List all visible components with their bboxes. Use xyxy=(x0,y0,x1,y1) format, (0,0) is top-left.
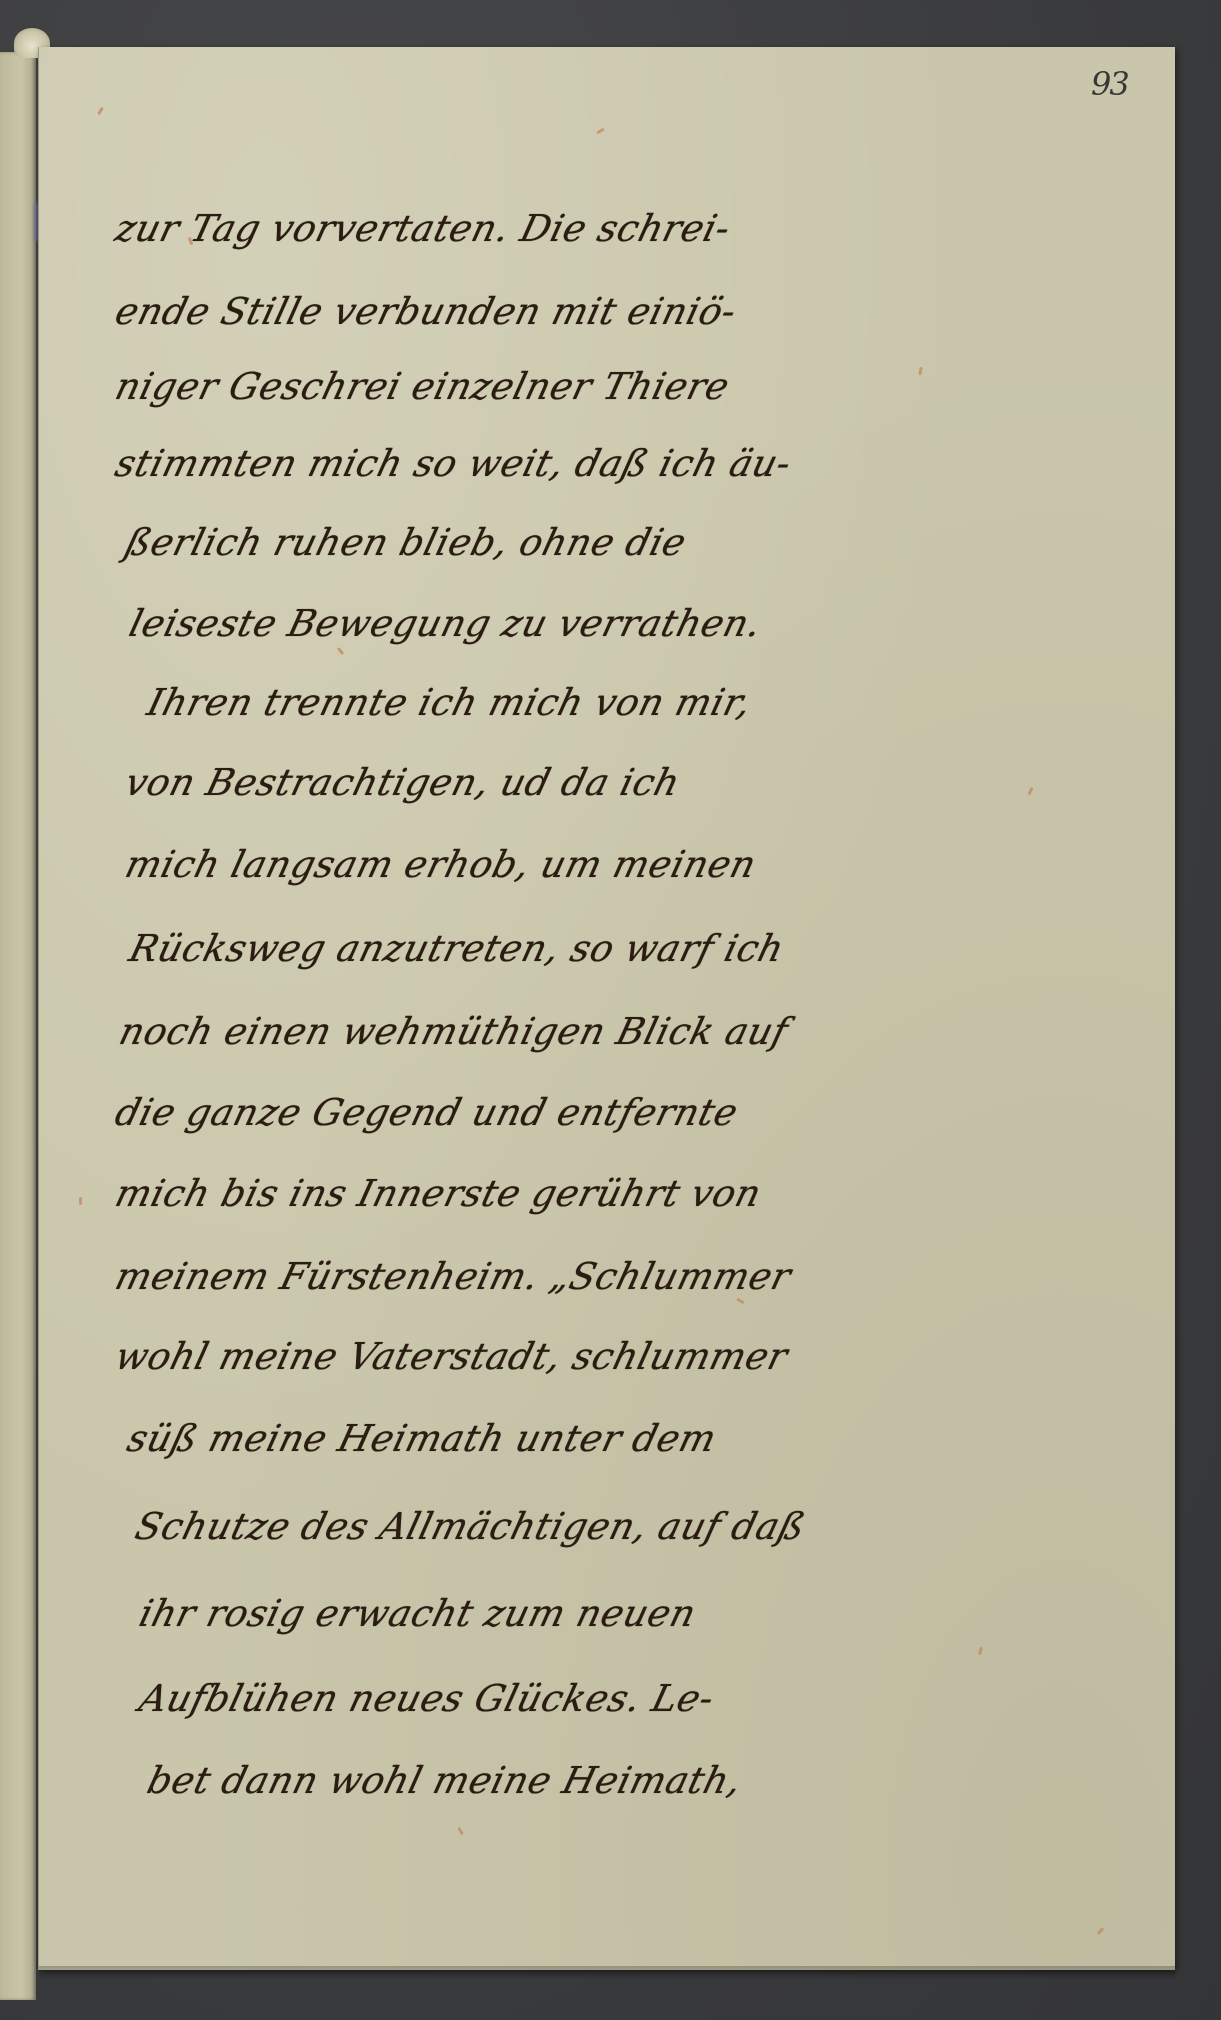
text-line: ihr rosig erwacht zum neuen xyxy=(135,1592,701,1635)
text-line: stimmten mich so weit, daß ich äu- xyxy=(111,442,796,485)
paper-fleck xyxy=(79,1197,82,1205)
paper-fleck xyxy=(978,1647,983,1656)
text-line: mich langsam erhob, um meinen xyxy=(121,843,761,886)
page-number: 93 xyxy=(1091,65,1128,103)
previous-leaf-edge xyxy=(0,52,36,2000)
manuscript-page: 93 zur Tag vorvertaten. Die schrei- ende… xyxy=(38,47,1175,1970)
paper-fleck xyxy=(97,107,104,115)
text-line: bet dann wohl meine Heimath, xyxy=(143,1759,746,1802)
text-line: wohl meine Vaterstadt, schlummer xyxy=(111,1335,792,1378)
text-line: meinem Fürstenheim. „Schlummer xyxy=(111,1255,796,1298)
text-line: zur Tag vorvertaten. Die schrei- xyxy=(111,207,735,250)
text-line: Schutze des Allmächtigen, auf daß xyxy=(131,1505,810,1548)
paper-fleck xyxy=(1097,1927,1104,1935)
text-line: Rücksweg anzutreten, so warf ich xyxy=(125,927,789,970)
text-line: süß meine Heimath unter dem xyxy=(123,1417,721,1460)
text-line: leiseste Bewegung zu verrathen. xyxy=(125,602,766,645)
paper-fleck xyxy=(918,367,922,375)
paper-fleck xyxy=(1027,787,1033,796)
text-line: ende Stille verbunden mit einiö- xyxy=(111,290,741,333)
text-line: Ihren trennte ich mich von mir, xyxy=(143,681,756,724)
paper-fleck xyxy=(457,1827,464,1835)
text-line: ßerlich ruhen blieb, ohne die xyxy=(121,521,691,564)
paper-fleck xyxy=(736,1298,744,1305)
text-line: mich bis ins Innerste gerührt von xyxy=(111,1172,766,1215)
paper-fleck xyxy=(337,647,344,655)
text-line: Aufblühen neues Glückes. Le- xyxy=(135,1677,719,1720)
text-line: noch einen wehmüthigen Blick auf xyxy=(115,1010,793,1053)
text-line: von Bestrachtigen, ud da ich xyxy=(121,761,685,804)
text-line: niger Geschrei einzelner Thiere xyxy=(111,365,734,408)
text-line: die ganze Gegend und entfernte xyxy=(111,1091,743,1134)
paper-fleck xyxy=(596,128,604,135)
